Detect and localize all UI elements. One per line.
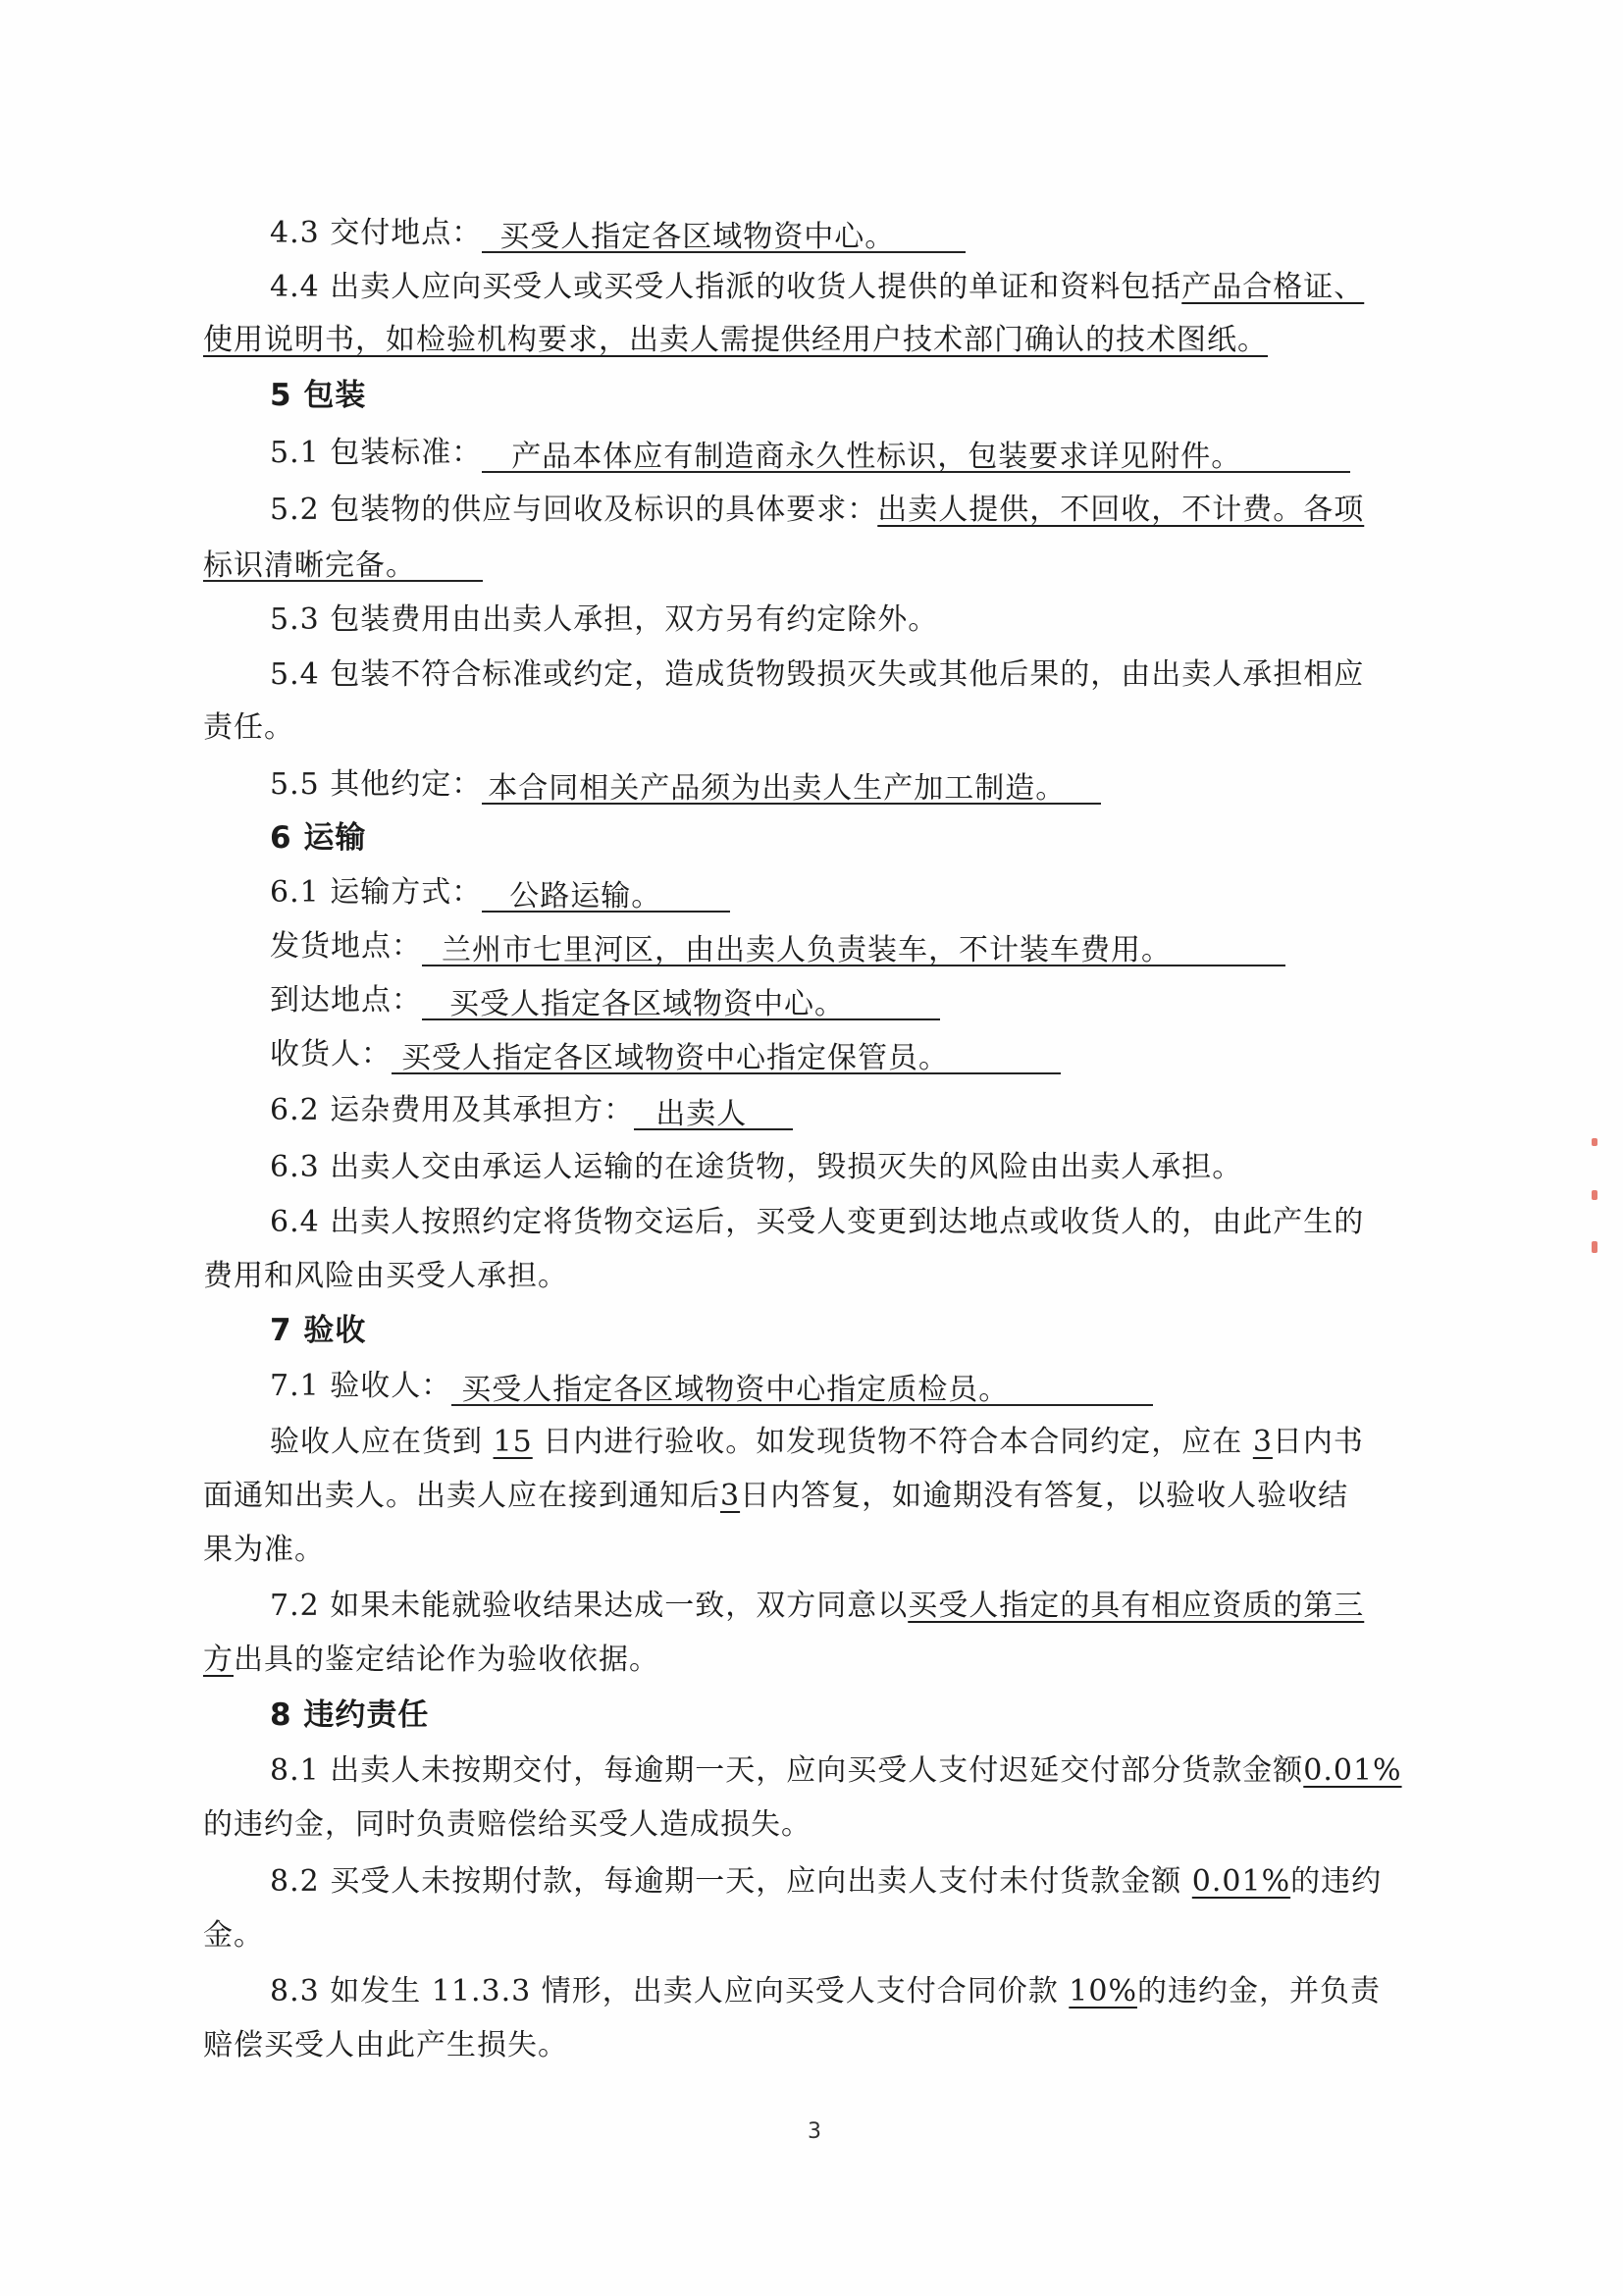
text-segment: 出具的鉴定结论作为验收依据。	[234, 1643, 659, 1677]
filled-field: 产品本体应有制造商永久性标识，包装要求详见附件。	[482, 438, 1350, 473]
field-value: 买受人指定各区域物资中心指定质检员。	[461, 1373, 1009, 1407]
clause-label: 5.5 其他约定：	[270, 767, 482, 802]
days-value: 3	[720, 1479, 740, 1513]
text-segment: 8.3 如发生 11.3.3 情形，出卖人应向买受人支付合同价款	[270, 1974, 1059, 2009]
clause-7-2-cont: 方出具的鉴定结论作为验收依据。	[203, 1641, 659, 1680]
filled-field: 兰州市七里河区，由出卖人负责装车，不计装车费用。	[422, 931, 1285, 966]
clause-label: 6.2 运杂费用及其承担方：	[270, 1093, 634, 1127]
seal-mark	[1592, 1138, 1597, 1146]
field-value: 产品本体应有制造商永久性标识，包装要求详见附件。	[511, 440, 1241, 474]
clause-8-3-cont: 赔偿买受人由此产生损失。	[203, 2026, 568, 2065]
acceptance-period-cont: 面通知出卖人。出卖人应在接到通知后3日内答复，如逾期没有答复，以验收人验收结	[203, 1477, 1348, 1516]
clause-8-3: 8.3 如发生 11.3.3 情形，出卖人应向买受人支付合同价款 10%的违约金…	[270, 1972, 1381, 2011]
clause-5-4-cont: 责任。	[203, 708, 294, 748]
section-heading-transport: 6 运输	[270, 818, 366, 858]
clause-5-2-cont: 标识清晰完备。	[203, 543, 483, 582]
clause-6-1: 6.1 运输方式：公路运输。	[270, 873, 730, 913]
clause-8-1: 8.1 出卖人未按期交付，每逾期一天，应向买受人支付迟延交付部分货款金额0.01…	[270, 1751, 1402, 1791]
clause-5-2: 5.2 包装物的供应与回收及标识的具体要求：出卖人提供，不回收，不计费。各项	[270, 491, 1364, 530]
section-heading-liability: 8 违约责任	[270, 1696, 429, 1735]
clause-label: 5.2 包装物的供应与回收及标识的具体要求：	[270, 493, 877, 527]
field-value: 出卖人	[655, 1097, 747, 1131]
days-value: 3	[1253, 1425, 1273, 1459]
clause-label: 到达地点：	[270, 983, 422, 1018]
text-segment: 日内书	[1273, 1425, 1364, 1459]
filled-field: 本合同相关产品须为出卖人生产加工制造。	[482, 769, 1101, 805]
penalty-rate: 0.01%	[1303, 1753, 1401, 1788]
clause-7-2: 7.2 如果未能就验收结果达成一致，双方同意以买受人指定的具有相应资质的第三	[270, 1587, 1364, 1626]
text-segment: 验收人应在货到	[270, 1425, 483, 1459]
clause-5-3: 5.3 包装费用由出卖人承担，双方另有约定除外。	[270, 600, 938, 640]
filled-field: 公路运输。	[482, 877, 730, 913]
field-value: 买受人指定的具有相应资质的第三	[908, 1589, 1364, 1623]
text-segment: 8.1 出卖人未按期交付，每逾期一天，应向买受人支付迟延交付部分货款金额	[270, 1753, 1303, 1788]
clause-label: 6.1 运输方式：	[270, 875, 482, 910]
field-value: 买受人指定各区域物资中心指定保管员。	[401, 1041, 949, 1075]
section-heading-packaging: 5 包装	[270, 376, 366, 415]
text-segment: 日内答复，如逾期没有答复，以验收人验收结	[740, 1479, 1348, 1513]
seal-mark	[1592, 1241, 1597, 1253]
clause-4-4-cont: 使用说明书，如检验机构要求，出卖人需提供经用户技术部门确认的技术图纸。	[203, 321, 1268, 360]
filled-field: 买受人指定各区域物资中心。	[482, 218, 966, 253]
filled-field: 出卖人	[634, 1095, 793, 1130]
section-heading-acceptance: 7 验收	[270, 1311, 366, 1350]
filled-field: 买受人指定各区域物资中心指定保管员。	[392, 1039, 1061, 1074]
filled-field: 标识清晰完备。	[203, 547, 483, 582]
field-value: 兰州市七里河区，由出卖人负责装车，不计装车费用。	[442, 933, 1172, 967]
acceptance-period: 验收人应在货到 15 日内进行验收。如发现货物不符合本合同约定，应在 3日内书	[270, 1423, 1364, 1462]
ship-from-location: 发货地点：兰州市七里河区，由出卖人负责装车，不计装车费用。	[270, 927, 1285, 966]
clause-label: 5.1 包装标准：	[270, 436, 482, 470]
clause-5-1: 5.1 包装标准：产品本体应有制造商永久性标识，包装要求详见附件。	[270, 434, 1350, 473]
field-value: 买受人指定各区域物资中心。	[499, 220, 895, 254]
clause-8-2: 8.2 买受人未按期付款，每逾期一天，应向出卖人支付未付货款金额 0.01%的违…	[270, 1862, 1382, 1902]
field-value: 标识清晰完备。	[203, 548, 416, 583]
clause-8-1-cont: 的违约金，同时负责赔偿给买受人造成损失。	[203, 1805, 811, 1845]
field-value: 本合同相关产品须为出卖人生产加工制造。	[488, 771, 1066, 806]
consignee: 收货人：买受人指定各区域物资中心指定保管员。	[270, 1035, 1061, 1074]
page-number: 3	[808, 2119, 821, 2144]
text-segment: 面通知出卖人。出卖人应在接到通知后	[203, 1479, 720, 1513]
clause-label: 4.3 交付地点：	[270, 216, 482, 250]
clause-6-2: 6.2 运杂费用及其承担方：出卖人	[270, 1091, 793, 1130]
days-value: 15	[494, 1425, 533, 1459]
clause-label: 发货地点：	[270, 929, 422, 964]
clause-label: 收货人：	[270, 1037, 392, 1071]
field-value: 使用说明书，如检验机构要求，出卖人需提供经用户技术部门确认的技术图纸。	[203, 323, 1268, 357]
seal-mark	[1592, 1190, 1597, 1200]
clause-5-5: 5.5 其他约定：本合同相关产品须为出卖人生产加工制造。	[270, 765, 1101, 805]
clause-6-4-cont: 费用和风险由买受人承担。	[203, 1257, 568, 1296]
field-value: 公路运输。	[509, 879, 661, 913]
document-page: 4.3 交付地点：买受人指定各区域物资中心。 4.4 出卖人应向买受人或买受人指…	[0, 0, 1623, 2296]
field-value: 买受人指定各区域物资中心。	[449, 987, 845, 1021]
filled-field: 买受人指定各区域物资中心指定质检员。	[451, 1371, 1153, 1406]
clause-4-4: 4.4 出卖人应向买受人或买受人指派的收货人提供的单证和资料包括产品合格证、	[270, 268, 1364, 307]
clause-6-3: 6.3 出卖人交由承运人运输的在途货物，毁损灭失的风险由出卖人承担。	[270, 1148, 1242, 1187]
clause-7-1: 7.1 验收人：买受人指定各区域物资中心指定质检员。	[270, 1367, 1153, 1406]
penalty-rate: 10%	[1069, 1974, 1137, 2009]
field-value: 出卖人提供，不回收，不计费。各项	[877, 493, 1364, 527]
arrival-location: 到达地点：买受人指定各区域物资中心。	[270, 981, 940, 1020]
clause-8-2-cont: 金。	[203, 1916, 264, 1956]
filled-field: 买受人指定各区域物资中心。	[422, 985, 940, 1020]
text-segment: 8.2 买受人未按期付款，每逾期一天，应向出卖人支付未付货款金额	[270, 1864, 1181, 1899]
text-segment: 7.2 如果未能就验收结果达成一致，双方同意以	[270, 1589, 908, 1623]
penalty-rate: 0.01%	[1192, 1864, 1290, 1899]
field-value: 产品合格证、	[1181, 270, 1364, 304]
clause-label: 4.4 出卖人应向买受人或买受人指派的收货人提供的单证和资料包括	[270, 270, 1181, 304]
clause-5-4: 5.4 包装不符合标准或约定，造成货物毁损灭失或其他后果的，由出卖人承担相应	[270, 655, 1364, 695]
field-value: 方	[203, 1643, 234, 1677]
clause-label: 7.1 验收人：	[270, 1369, 451, 1403]
text-segment: 日内进行验收。如发现货物不符合本合同约定，应在	[543, 1425, 1242, 1459]
text-segment: 的违约金，并负责	[1137, 1974, 1381, 2009]
text-segment: 的违约	[1290, 1864, 1382, 1899]
clause-4-3: 4.3 交付地点：买受人指定各区域物资中心。	[270, 214, 966, 253]
acceptance-period-cont2: 果为准。	[203, 1531, 325, 1570]
clause-6-4: 6.4 出卖人按照约定将货物交运后，买受人变更到达地点或收货人的，由此产生的	[270, 1203, 1364, 1242]
